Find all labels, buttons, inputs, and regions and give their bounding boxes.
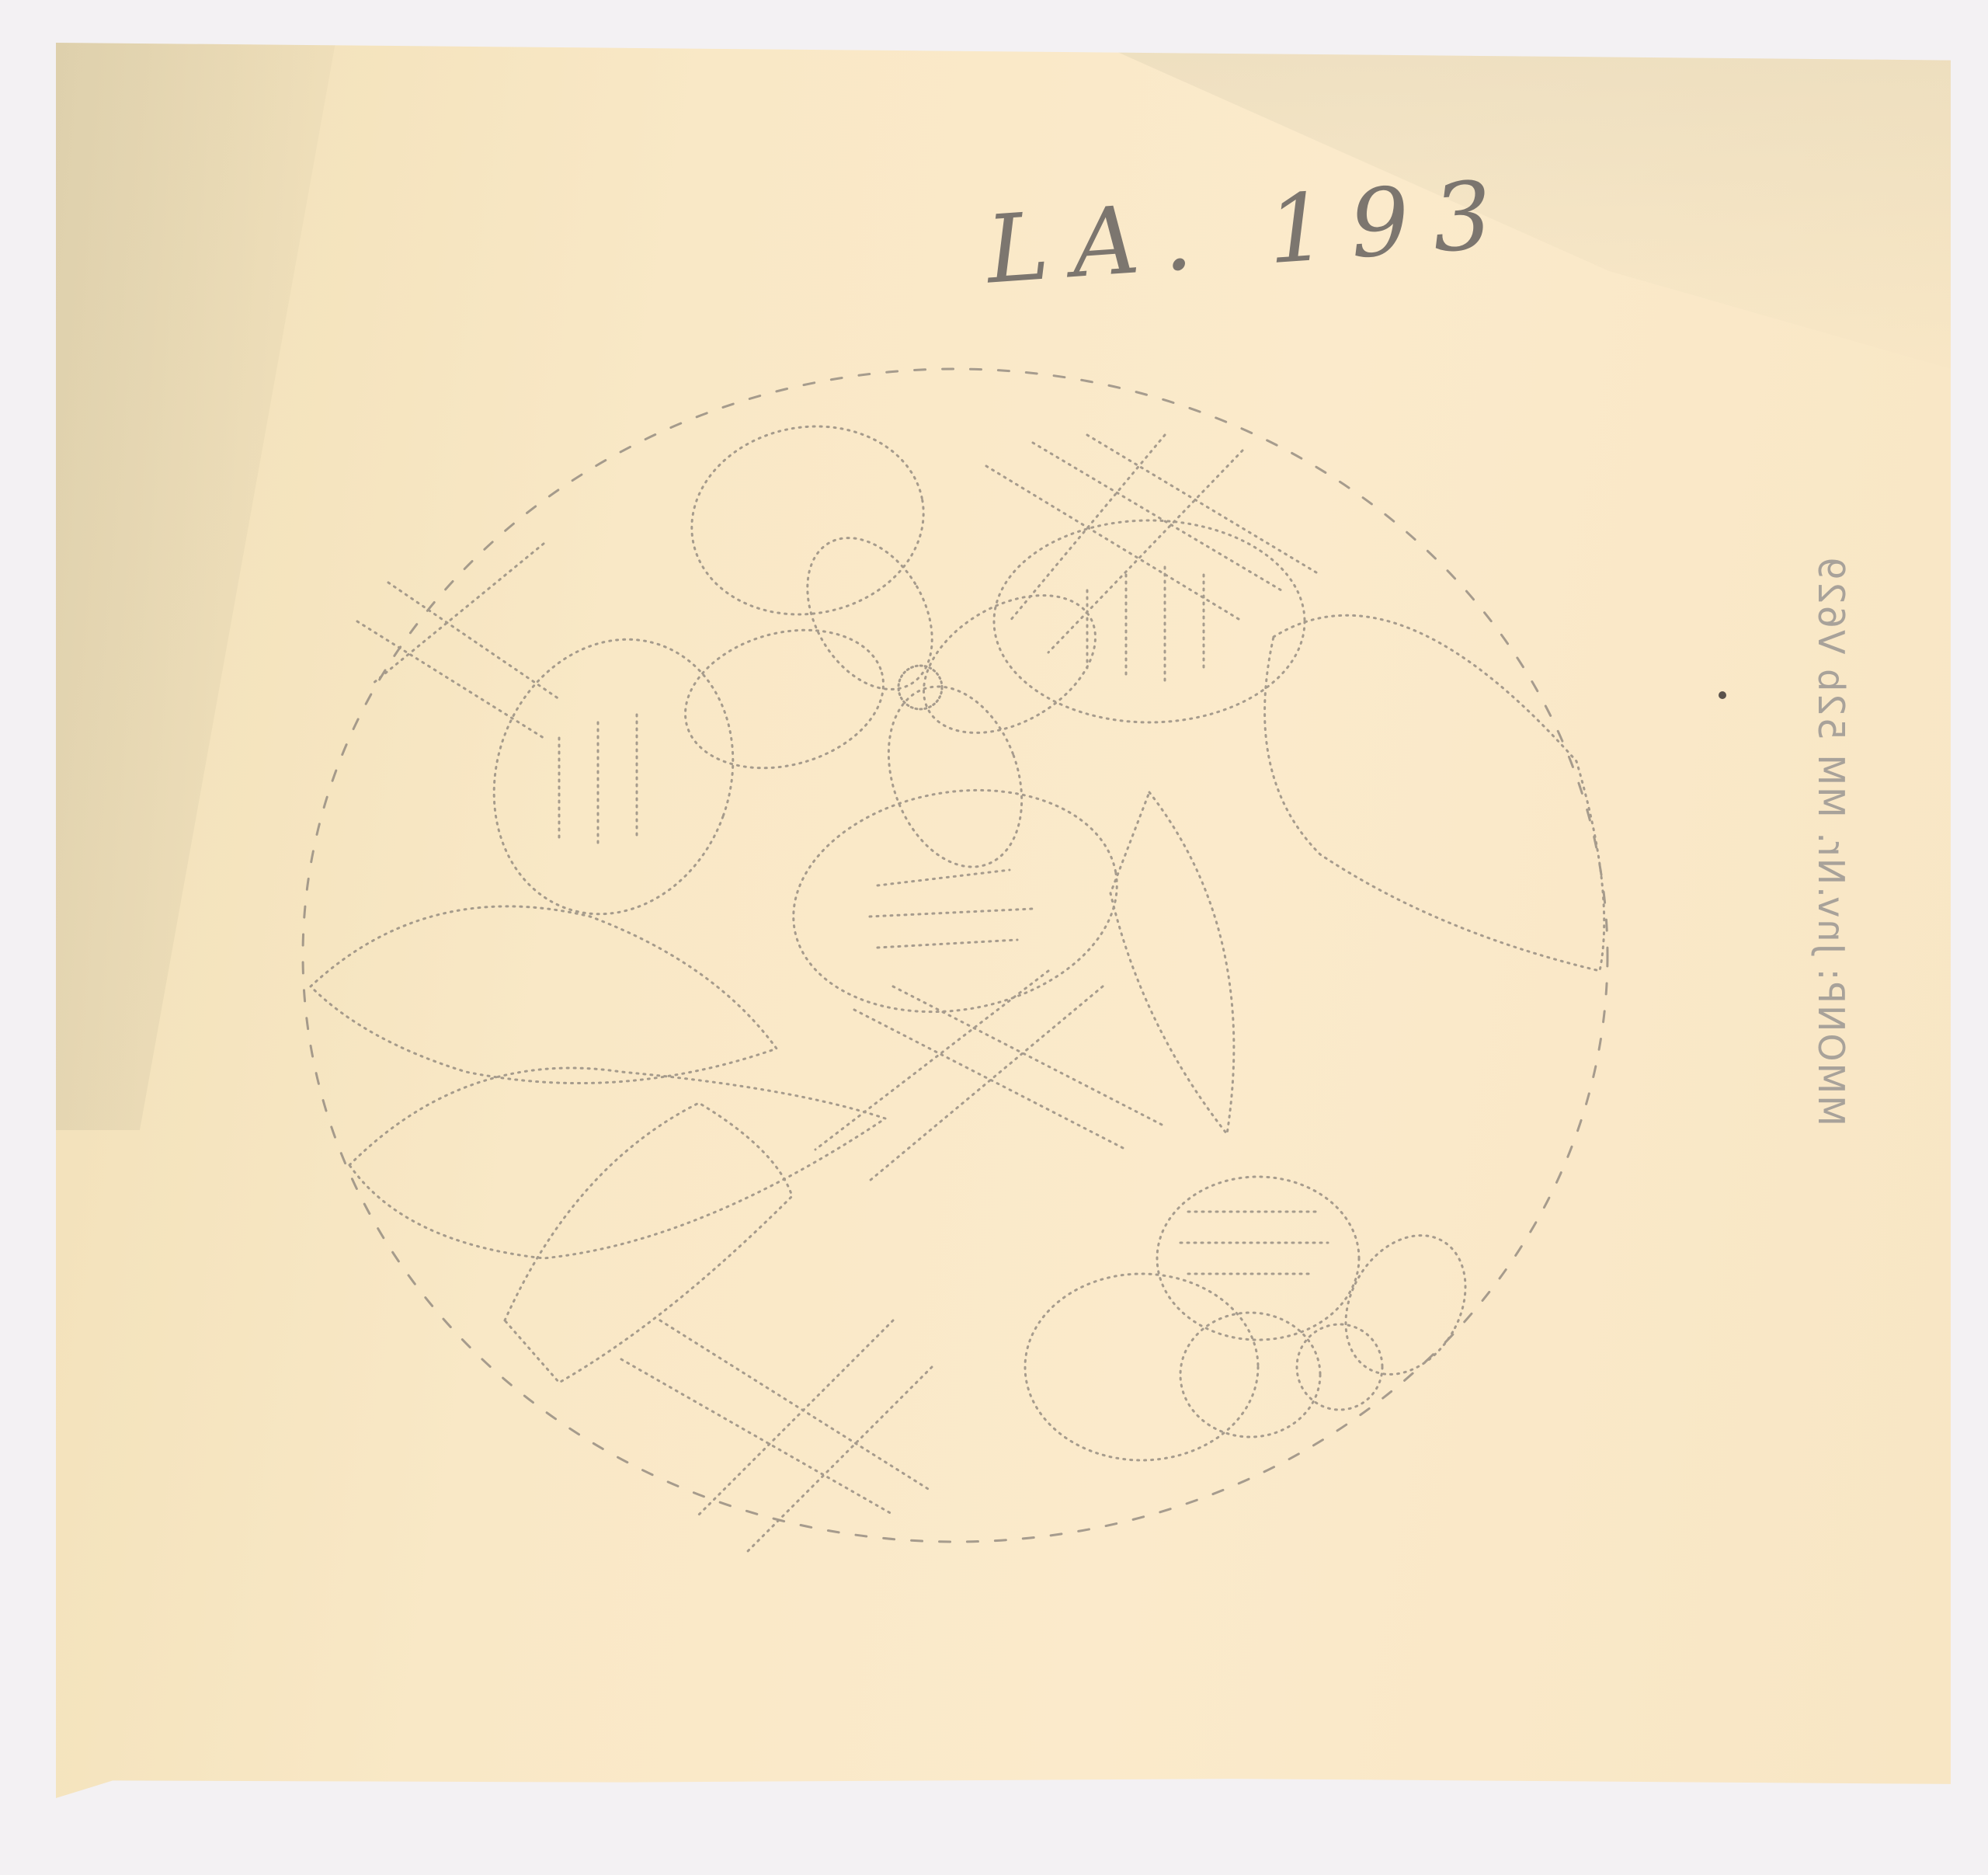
pin-hole-mark [1719,691,1726,699]
outer-border [303,369,1607,1542]
pencil-inventory-note-mirrored: MMONP: Jnv.Nr. MM 52b V629 [1810,555,1852,1126]
